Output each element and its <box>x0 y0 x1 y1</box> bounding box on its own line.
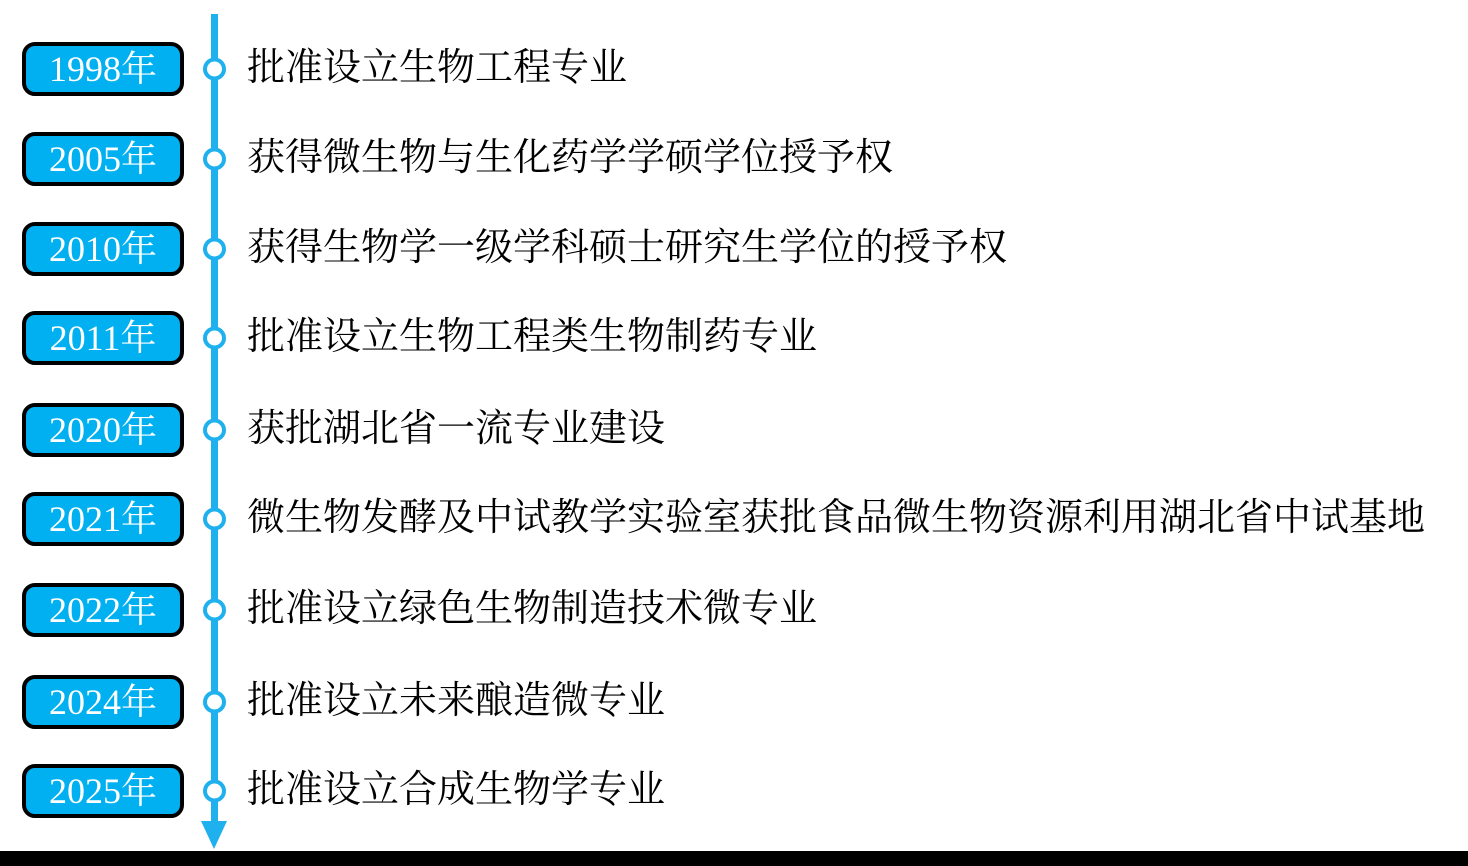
year-badge: 2021年 <box>22 492 184 546</box>
timeline-event-row: 2020年获批湖北省一流专业建设 <box>0 385 1468 475</box>
timeline-diagram: 1998年批准设立生物工程专业2005年获得微生物与生化药学学硕学位授予权201… <box>0 0 1468 866</box>
timeline-node-icon <box>203 238 226 261</box>
timeline-event-row: 2022年批准设立绿色生物制造技术微专业 <box>0 565 1468 655</box>
year-badge: 1998年 <box>22 42 184 96</box>
event-description: 获得微生物与生化药学学硕学位授予权 <box>247 136 893 182</box>
bottom-bar <box>0 851 1468 866</box>
event-description: 微生物发酵及中试教学实验室获批食品微生物资源利用湖北省中试基地 <box>247 496 1425 542</box>
year-badge: 2010年 <box>22 222 184 276</box>
year-badge: 2020年 <box>22 403 184 457</box>
timeline-event-row: 2025年批准设立合成生物学专业 <box>0 746 1468 836</box>
timeline-event-row: 1998年批准设立生物工程专业 <box>0 24 1468 114</box>
timeline-event-row: 2005年获得微生物与生化药学学硕学位授予权 <box>0 114 1468 204</box>
timeline-event-row: 2024年批准设立未来酿造微专业 <box>0 657 1468 747</box>
timeline-node-icon <box>203 419 226 442</box>
year-badge: 2005年 <box>22 132 184 186</box>
event-description: 获得生物学一级学科硕士研究生学位的授予权 <box>247 226 1007 272</box>
year-badge: 2022年 <box>22 583 184 637</box>
timeline-node-icon <box>203 58 226 81</box>
year-badge: 2011年 <box>22 311 184 365</box>
timeline-node-icon <box>203 691 226 714</box>
timeline-node-icon <box>203 327 226 350</box>
timeline-node-icon <box>203 148 226 171</box>
timeline-node-icon <box>203 599 226 622</box>
year-badge: 2024年 <box>22 675 184 729</box>
event-description: 批准设立未来酿造微专业 <box>247 679 665 725</box>
event-description: 批准设立生物工程专业 <box>247 46 627 92</box>
event-description: 获批湖北省一流专业建设 <box>247 407 665 453</box>
timeline-node-icon <box>203 508 226 531</box>
timeline-node-icon <box>203 780 226 803</box>
event-description: 批准设立绿色生物制造技术微专业 <box>247 587 817 633</box>
timeline-event-row: 2010年获得生物学一级学科硕士研究生学位的授予权 <box>0 204 1468 294</box>
year-badge: 2025年 <box>22 764 184 818</box>
timeline-event-row: 2021年微生物发酵及中试教学实验室获批食品微生物资源利用湖北省中试基地 <box>0 474 1468 564</box>
event-description: 批准设立合成生物学专业 <box>247 768 665 814</box>
timeline-event-row: 2011年批准设立生物工程类生物制药专业 <box>0 293 1468 383</box>
event-description: 批准设立生物工程类生物制药专业 <box>247 315 817 361</box>
